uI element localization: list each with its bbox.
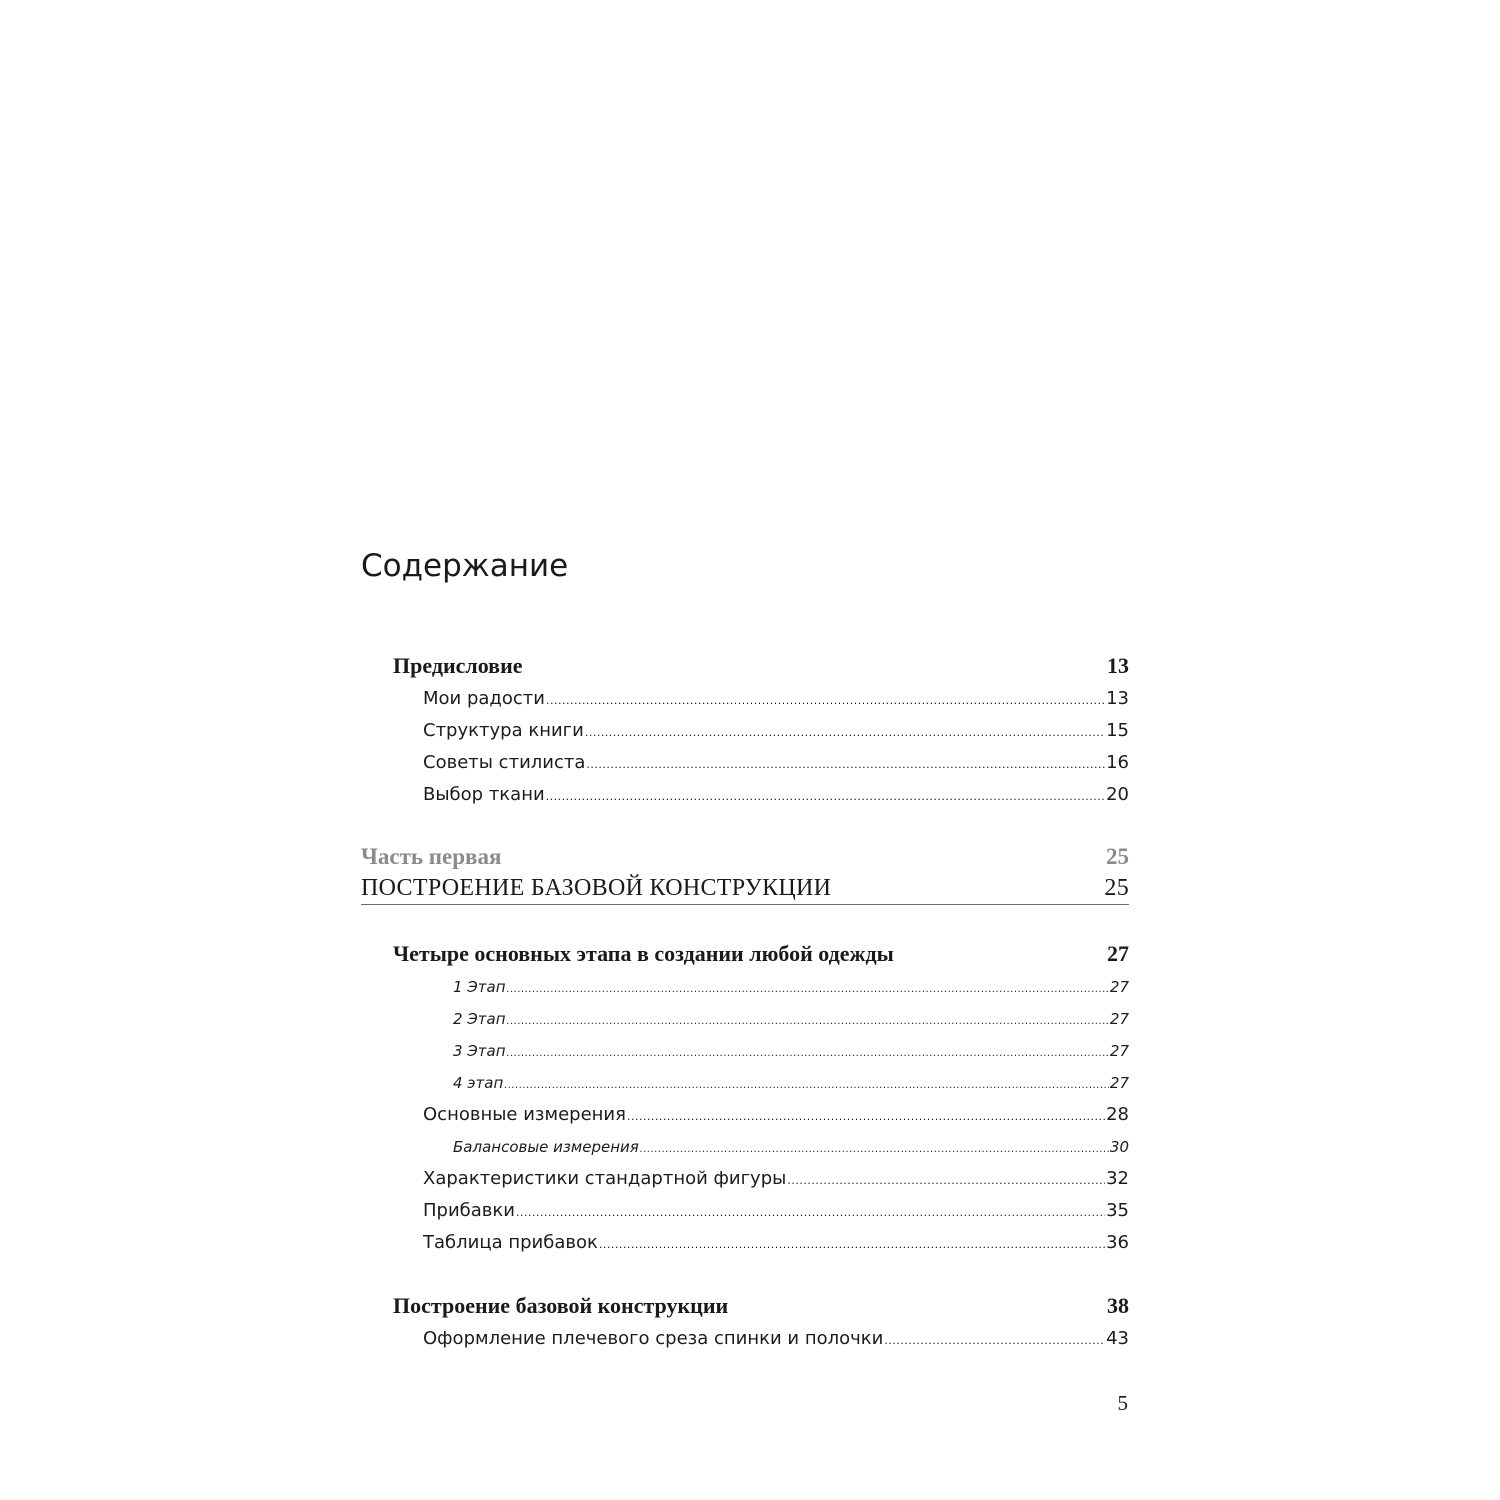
- toc-item-label: Мои радости: [423, 688, 545, 709]
- toc-page-number: 13: [1106, 688, 1129, 709]
- leader-dots: [884, 1328, 1105, 1349]
- toc-item-label: Советы стилиста: [423, 752, 585, 773]
- toc-item-label: Структура книги: [423, 720, 584, 741]
- toc-part-label[interactable]: Часть первая 25: [361, 844, 1129, 870]
- toc-item-label: Прибавки: [423, 1200, 515, 1221]
- toc-item[interactable]: Прибавки 35: [423, 1200, 1129, 1221]
- part-label: Часть первая: [361, 844, 501, 870]
- toc-heading-label: Построение базовой конструкции: [393, 1293, 728, 1319]
- toc-item-label: 2 Этап: [453, 1010, 506, 1028]
- leader-dots: [599, 1232, 1105, 1253]
- toc-page-number: 38: [1107, 1293, 1129, 1319]
- toc-page-number: 28: [1106, 1104, 1129, 1125]
- toc-item-label: Характеристики стандартной фигуры: [423, 1168, 786, 1189]
- leader-dots: [507, 1010, 1109, 1028]
- toc-heading-label: Предисловие: [393, 653, 523, 679]
- leader-dots: [585, 720, 1105, 741]
- toc-heading[interactable]: Предисловие 13: [393, 653, 1129, 679]
- toc-page-number: 25: [1104, 875, 1129, 902]
- toc-page-number: 32: [1106, 1168, 1129, 1189]
- leader-dots: [507, 978, 1109, 996]
- toc-item-label: Выбор ткани: [423, 784, 545, 805]
- toc-item[interactable]: 3 Этап 27: [453, 1042, 1129, 1060]
- toc-item-label: 1 Этап: [453, 978, 506, 996]
- part-divider: [361, 904, 1129, 905]
- toc-item[interactable]: 2 Этап 27: [453, 1010, 1129, 1028]
- toc-page-number: 16: [1106, 752, 1129, 773]
- toc-item-label: 4 этап: [453, 1074, 503, 1092]
- toc-item[interactable]: 1 Этап 27: [453, 978, 1129, 996]
- toc-page-number: 27: [1110, 978, 1129, 996]
- toc-page-number: 43: [1106, 1328, 1129, 1349]
- toc-page-number: 27: [1110, 1010, 1129, 1028]
- toc-page-number: 27: [1110, 1042, 1129, 1060]
- toc-item[interactable]: Основные измерения 28: [423, 1104, 1129, 1125]
- toc-item[interactable]: 4 этап 27: [453, 1074, 1129, 1092]
- toc-item[interactable]: Балансовые измерения 30: [453, 1138, 1129, 1156]
- leader-dots: [546, 784, 1105, 805]
- toc-item[interactable]: Советы стилиста 16: [423, 752, 1129, 773]
- page-title: Содержание: [361, 548, 568, 584]
- leader-dots: [507, 1042, 1109, 1060]
- toc-item-label: Таблица прибавок: [423, 1232, 598, 1253]
- toc-item[interactable]: Структура книги 15: [423, 720, 1129, 741]
- toc-page-number: 30: [1110, 1138, 1129, 1156]
- toc-item[interactable]: Оформление плечевого среза спинки и поло…: [423, 1328, 1129, 1349]
- toc-item[interactable]: Выбор ткани 20: [423, 784, 1129, 805]
- toc-page-number: 36: [1106, 1232, 1129, 1253]
- leader-dots: [640, 1138, 1109, 1156]
- toc-page-number: 15: [1106, 720, 1129, 741]
- toc-page-number: 27: [1110, 1074, 1129, 1092]
- leader-dots: [546, 688, 1105, 709]
- toc-item-label: Оформление плечевого среза спинки и поло…: [423, 1328, 883, 1349]
- toc-item-label: Балансовые измерения: [453, 1138, 639, 1156]
- toc-item-label: 3 Этап: [453, 1042, 506, 1060]
- toc-item[interactable]: Характеристики стандартной фигуры 32: [423, 1168, 1129, 1189]
- toc-page-number: 25: [1106, 844, 1129, 870]
- toc-part-title[interactable]: ПОСТРОЕНИЕ БАЗОВОЙ КОНСТРУКЦИИ 25: [361, 875, 1129, 902]
- toc-page-number: 35: [1106, 1200, 1129, 1221]
- part-title: ПОСТРОЕНИЕ БАЗОВОЙ КОНСТРУКЦИИ: [361, 875, 831, 902]
- leader-dots: [787, 1168, 1105, 1189]
- toc-page-number: 13: [1107, 653, 1129, 679]
- toc-page-number: 27: [1107, 941, 1129, 967]
- toc-page-number: 20: [1106, 784, 1129, 805]
- leader-dots: [516, 1200, 1105, 1221]
- toc-heading-label: Четыре основных этапа в создании любой о…: [393, 941, 894, 967]
- toc-heading[interactable]: Построение базовой конструкции 38: [393, 1293, 1129, 1319]
- leader-dots: [586, 752, 1105, 773]
- page-number: 5: [1100, 1391, 1128, 1416]
- leader-dots: [627, 1104, 1105, 1125]
- toc-item[interactable]: Таблица прибавок 36: [423, 1232, 1129, 1253]
- toc-item-label: Основные измерения: [423, 1104, 626, 1125]
- leader-dots: [504, 1074, 1109, 1092]
- toc-item[interactable]: Мои радости 13: [423, 688, 1129, 709]
- toc-heading[interactable]: Четыре основных этапа в создании любой о…: [393, 941, 1129, 967]
